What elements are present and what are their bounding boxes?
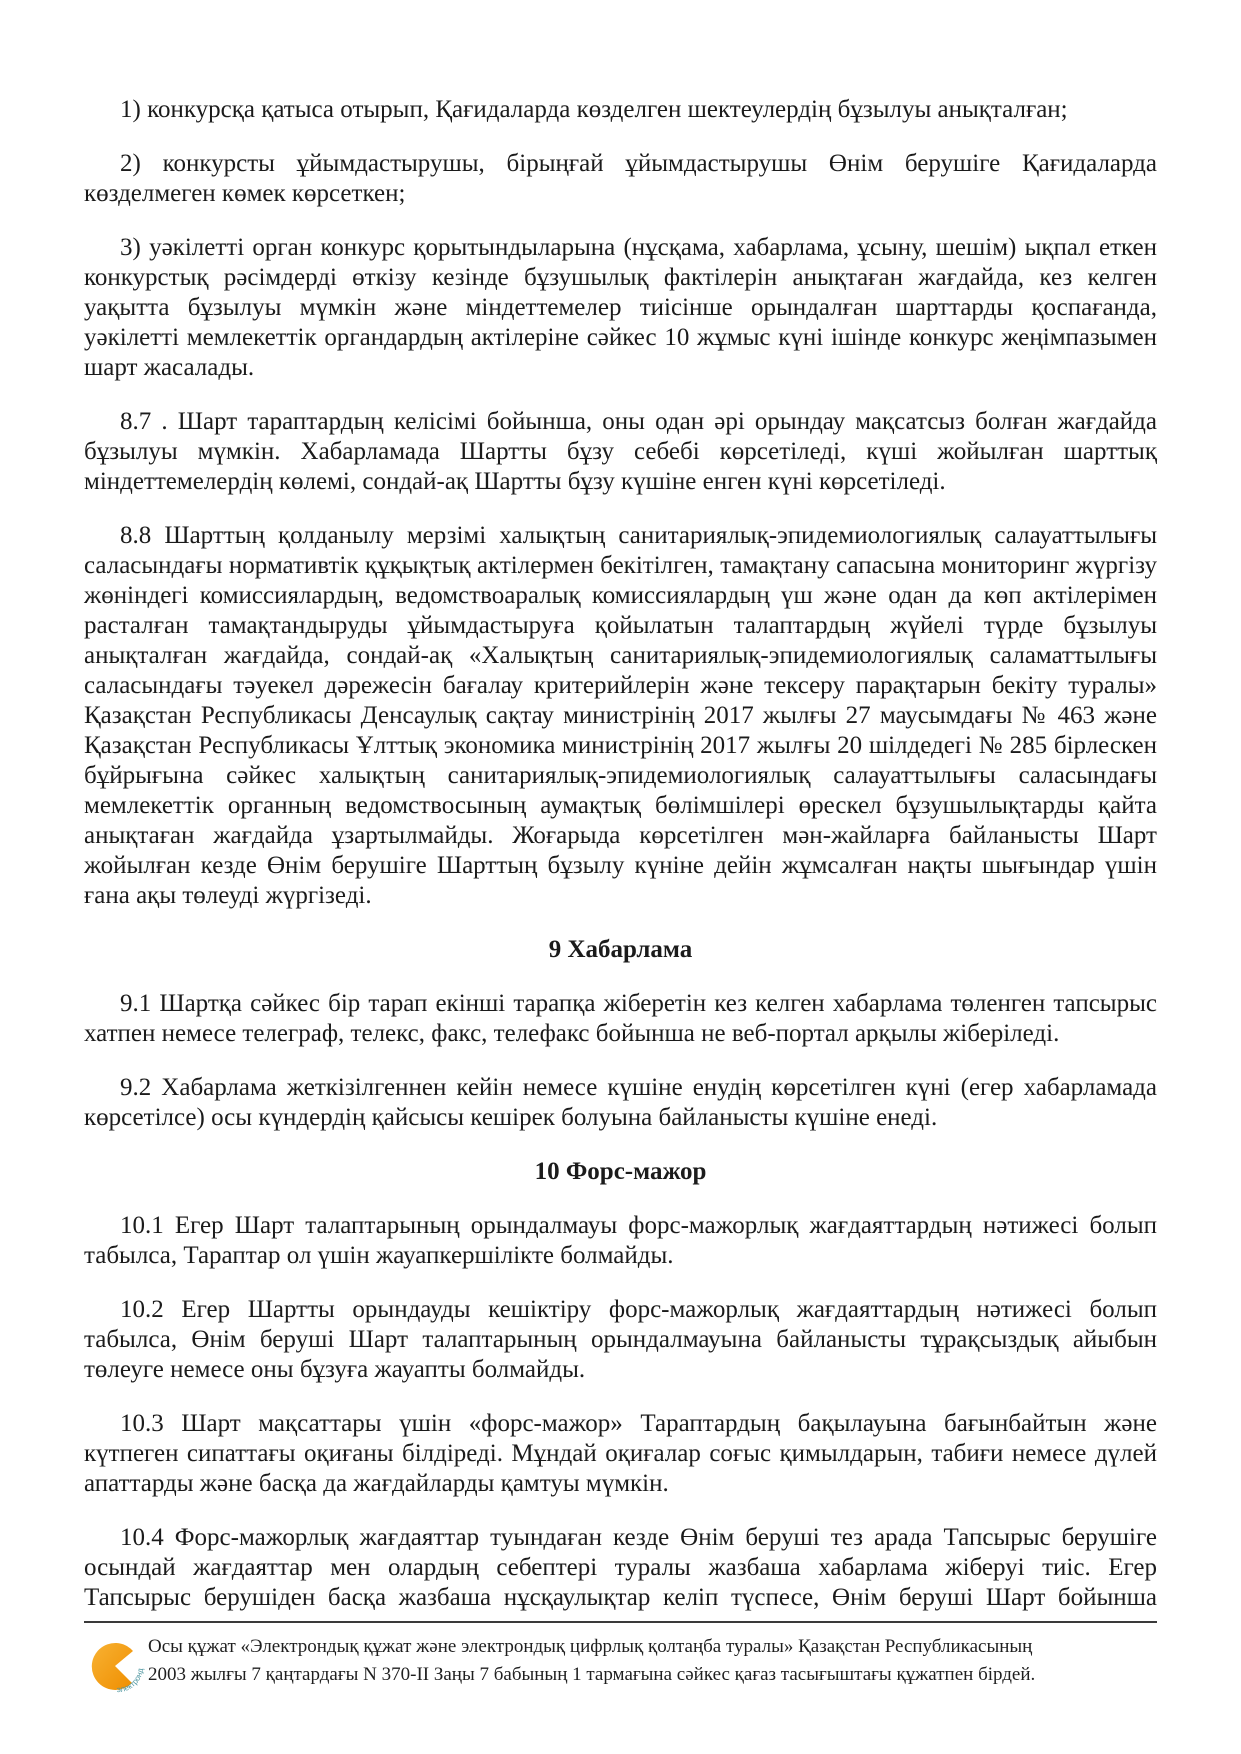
section-heading: 10 Форс-мажор — [84, 1157, 1157, 1187]
section-heading: 9 Хабарлама — [84, 935, 1157, 965]
paragraph: 9.1 Шартқа сәйкес бір тарап екінші тарап… — [84, 989, 1157, 1049]
paragraph: 1) конкурсқа қатыса отырып, Қағидаларда … — [84, 95, 1157, 125]
footer-note: Осы құжат «Электрондық құжат және электр… — [148, 1633, 1053, 1689]
paragraph: 10.4 Форс-мажорлық жағдаяттар туындаған … — [84, 1523, 1157, 1613]
paragraph: 8.8 Шарттың қолданылу мерзімі халықтың с… — [84, 521, 1157, 911]
document-body: 1) конкурсқа қатыса отырып, Қағидаларда … — [84, 95, 1157, 1613]
egov-logo-icon: электрондық үкімет — [90, 1639, 146, 1695]
paragraph: 8.7 . Шарт тараптардың келісімі бойынша,… — [84, 407, 1157, 497]
document-page: 1) конкурсқа қатыса отырып, Қағидаларда … — [0, 0, 1241, 1754]
paragraph: 3) уәкілетті орган конкурс қорытындылары… — [84, 233, 1157, 383]
paragraph: 2) конкурсты ұйымдастырушы, бірыңғай ұйы… — [84, 149, 1157, 209]
paragraph: 10.3 Шарт мақсаттары үшін «форс-мажор» Т… — [84, 1409, 1157, 1499]
signature-footer: электрондық үкімет Осы құжат «Электронды… — [84, 1621, 1157, 1689]
paragraph: 9.2 Хабарлама жеткізілгеннен кейін немес… — [84, 1073, 1157, 1133]
paragraph: 10.1 Егер Шарт талаптарының орындалмауы … — [84, 1211, 1157, 1271]
paragraph: 10.2 Егер Шартты орындауды кешіктіру фор… — [84, 1295, 1157, 1385]
